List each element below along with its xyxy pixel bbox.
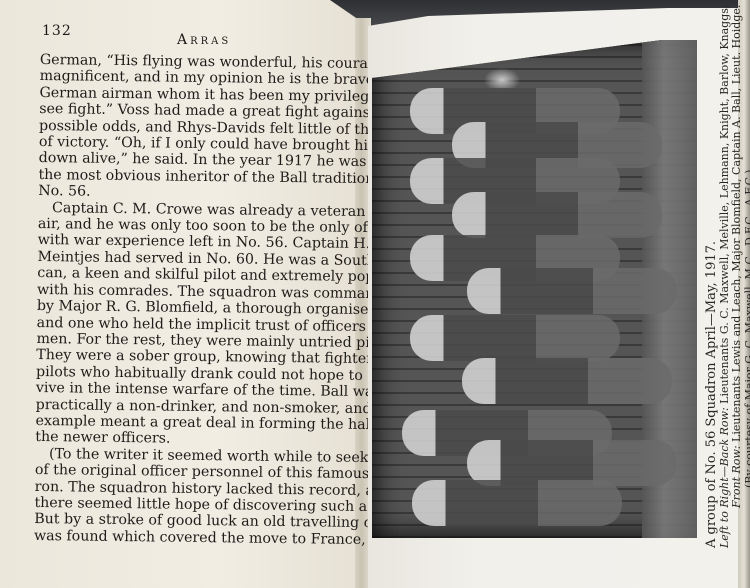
photo-figure bbox=[467, 268, 677, 314]
caption-back-row-names: Lieutenants G. C. Maxwell, Melville, Leh… bbox=[718, 4, 731, 403]
body-text: German, “His flying was wonderful, his c… bbox=[34, 52, 366, 548]
caption-back-row-label: Left to Right—Back Row: bbox=[718, 407, 731, 548]
caption-front-row: Front Row: Lieutenants Lewis and Leach, … bbox=[731, 28, 743, 548]
photo-figure bbox=[462, 358, 672, 404]
photo-caption: A group of No. 56 Squadron April—May, 19… bbox=[704, 28, 750, 548]
squadron-photograph bbox=[372, 40, 697, 538]
caption-title: A group of No. 56 Squadron April—May, 19… bbox=[704, 28, 719, 548]
caption-credit: (By courtesy of Major G. C. Maxwell, M.C… bbox=[744, 28, 750, 548]
photo-figure bbox=[412, 480, 622, 526]
photo-figure bbox=[452, 192, 662, 238]
page-number: 132 bbox=[42, 23, 72, 39]
caption-front-row-label: Front Row: bbox=[730, 445, 743, 508]
photo-figure bbox=[410, 315, 620, 361]
caption-front-row-names: Lieutenants Lewis and Leach, Major Blomf… bbox=[730, 5, 743, 442]
running-head: Arras bbox=[177, 32, 231, 48]
